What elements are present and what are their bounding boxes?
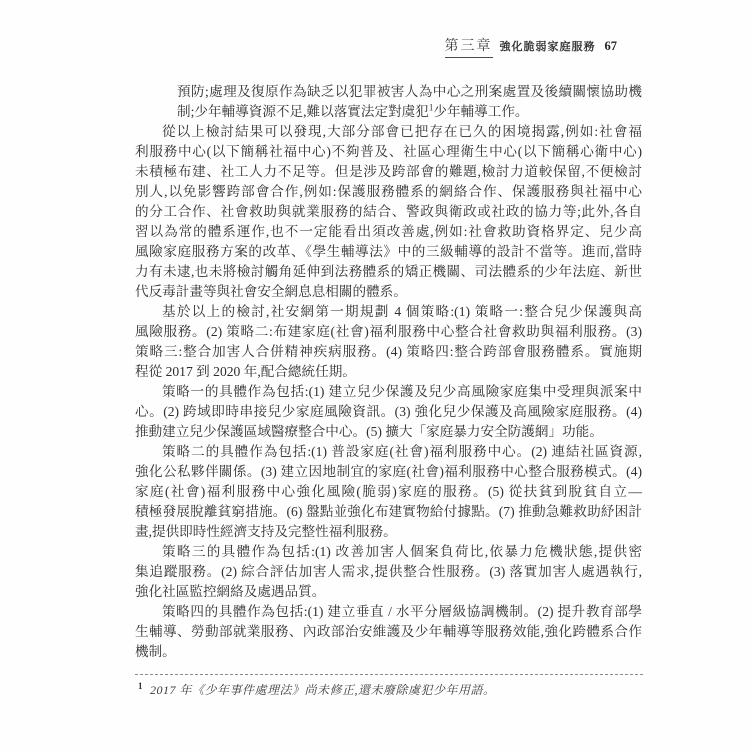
- body-line: 策略四的具體作為包括:(1) 建立垂直 / 水平分層級協調機制。(2) 提升教育…: [135, 602, 642, 622]
- body-line: 代反毒計畫等與社會安全網息息相關的體系。: [135, 282, 642, 302]
- body-line: 程從 2017 到 2020 年,配合總統任期。: [135, 362, 642, 382]
- body-line: 策略三的具體作為包括:(1) 改善加害人個案負荷比,依暴力危機狀態,提供密: [135, 542, 642, 562]
- body-line: 生輔導、勞動部就業服務、內政部治安維護及少年輔導等服務效能,強化跨體系合作: [135, 622, 642, 642]
- body-line: 風險服務。(2) 策略二:布建家庭(社會)福利服務中心整合社會救助與福利服務。(…: [135, 322, 642, 342]
- body-line: 機制。: [135, 642, 642, 662]
- chapter-title: 強化脆弱家庭服務: [500, 38, 596, 54]
- body-line: 力有未逮,也未將檢討觸角延伸到法務體系的矯正機關、司法體系的少年法庭、新世: [135, 262, 642, 282]
- body-line: 基於以上的檢討,社安網第一期規劃 4 個策略:(1) 策略一:整合兒少保護與高: [135, 302, 642, 322]
- body-line-text: 少年輔導工作。: [433, 104, 528, 119]
- body-line: 心。(2) 跨域即時串接兒少家庭風險資訊。(3) 強化兒少保護及高風險家庭服務。…: [135, 402, 642, 422]
- page-number: 67: [605, 39, 618, 54]
- chapter-label: 第三章: [445, 35, 493, 58]
- body-line: 從以上檢討結果可以發現,大部分部會已把存在已久的困境揭露,例如:社會福: [135, 122, 642, 142]
- body-line-text: 制;少年輔導資源不足,難以落實法定對虞犯: [177, 104, 429, 119]
- body-line: 策略一的具體作為包括:(1) 建立兒少保護及兒少高風險家庭集中受理與派案中: [135, 382, 642, 402]
- body-line: 策略三:整合加害人合併精神疾病服務。(4) 策略四:整合跨部會服務體系。實施期: [135, 342, 642, 362]
- body-line: 未積極布建、社工人力不足等。但是涉及跨部會的難題,檢討力道較保留,不便檢討: [135, 162, 642, 182]
- body-line: 習以為常的體系運作,也不一定能看出須改善處,例如:社會救助資格界定、兒少高: [135, 222, 642, 242]
- body-line: 集追蹤服務。(2) 綜合評估加害人需求,提供整合性服務。(3) 落實加害人處遇執…: [135, 562, 642, 582]
- body-line: 利服務中心(以下簡稱社福中心)不夠普及、社區心理衛生中心(以下簡稱心衛中心): [135, 142, 642, 162]
- body-line: 風險家庭服務方案的改革、《學生輔導法》中的三級輔導的設計不當等。進而,當時: [135, 242, 642, 262]
- book-page: 第三章 強化脆弱家庭服務 67 預防;處理及復原作為缺乏以犯罪被害人為中心之刑案…: [0, 0, 750, 750]
- body-line: 策略二的具體作為包括:(1) 普設家庭(社會)福利服務中心。(2) 連結社區資源…: [135, 442, 642, 462]
- footnote-text: 2017 年《少年事件處理法》尚未修正,還未廢除虞犯少年用語。: [150, 683, 496, 697]
- footnote-separator: [135, 674, 644, 675]
- body-text: 預防;處理及復原作為缺乏以犯罪被害人為中心之刑案處置及後續關懷協助機制;少年輔導…: [135, 82, 642, 662]
- body-line: 推動建立兒少保護區域醫療整合中心。(5) 擴大「家庭暴力安全防護網」功能。: [135, 422, 642, 442]
- body-line: 強化社區監控網絡及處遇品質。: [135, 582, 642, 602]
- body-line: 別人,以免影響跨部會合作,例如:保護服務體系的網絡合作、保護服務與社福中心: [135, 182, 642, 202]
- body-line: 的分工合作、社會救助與就業服務的結合、警政與衛政或社政的協力等;此外,各自: [135, 202, 642, 222]
- body-line: 制;少年輔導資源不足,難以落實法定對虞犯1少年輔導工作。: [135, 102, 642, 122]
- body-line: 預防;處理及復原作為缺乏以犯罪被害人為中心之刑案處置及後續關懷協助機: [135, 82, 642, 102]
- body-line: 畫,提供即時性經濟支持及完整性福利服務。: [135, 522, 642, 542]
- running-header: 第三章 強化脆弱家庭服務 67: [445, 35, 618, 58]
- footnote-marker: 1: [138, 681, 143, 691]
- body-line: 家庭(社會)福利服務中心強化風險(脆弱)家庭的服務。(5) 從扶貧到脫貧自立—: [135, 482, 642, 502]
- body-line: 強化公私夥伴關係。(3) 建立因地制宜的家庭(社會)福利服務中心整合服務模式。(…: [135, 462, 642, 482]
- footnote: 12017 年《少年事件處理法》尚未修正,還未廢除虞犯少年用語。: [138, 682, 643, 698]
- body-line: 積極發展脫離貧窮措施。(6) 盤點並強化布建實物給付據點。(7) 推動急難救助紓…: [135, 502, 642, 522]
